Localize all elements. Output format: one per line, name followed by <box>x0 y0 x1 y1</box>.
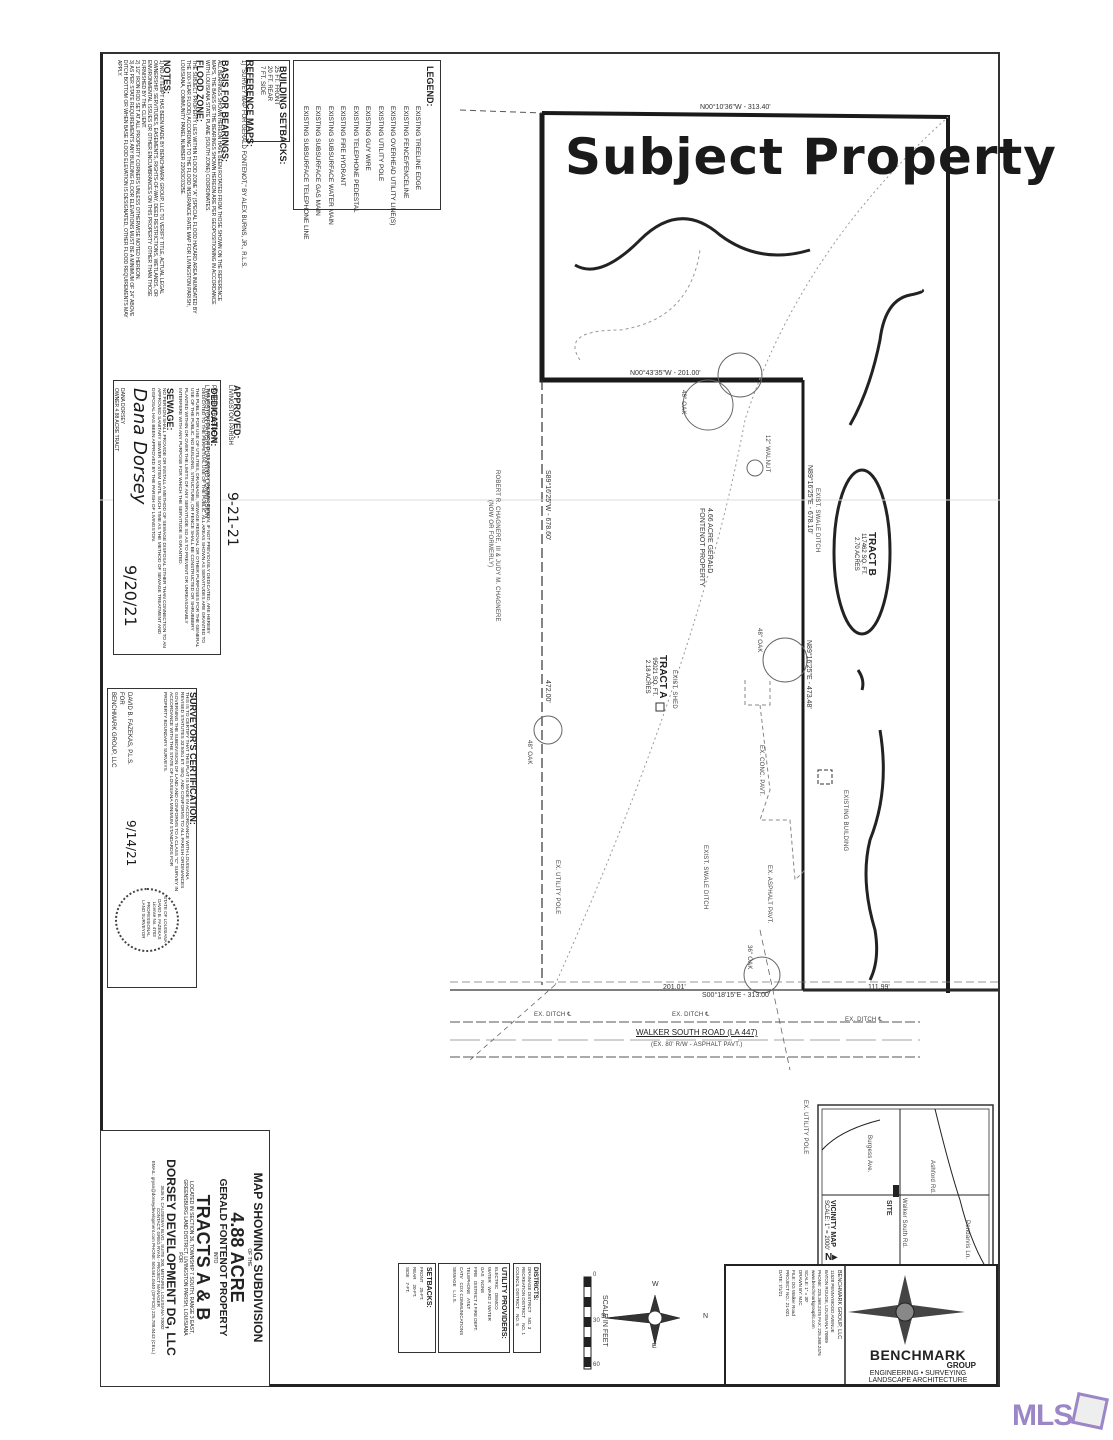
legend-title: LEGEND: <box>424 66 437 240</box>
surveyor-name: DAVID B. FAZEKAS, P.L.S. <box>125 692 133 768</box>
district-name: DRAINAGE DISTRICT <box>527 1267 532 1313</box>
surveyor-title: SURVEYOR'S CERTIFICATION: <box>189 692 195 892</box>
setback-side: SIDE <box>405 1267 410 1278</box>
seal-line: LAND SURVEYOR <box>141 896 147 943</box>
legend-item: EXISTING FIRE HYDRANT <box>336 66 349 240</box>
north-line-bearing: N00°10'36"W - 313.40' <box>700 104 771 111</box>
setbacks-row: SIDE 7-FT. <box>404 1267 411 1308</box>
title-heading: MAP SHOWING SUBDIVISION <box>251 1150 264 1365</box>
utility-row: TELEPHONE AT&T <box>465 1267 472 1339</box>
sewage-title: SEWAGE: <box>166 388 172 650</box>
company-phone: PHONE: 225.368.2475 FAX: 225.368.2476 <box>816 1270 823 1356</box>
scale-tick-60: 60 <box>593 1362 600 1368</box>
vicinity-road-label: Pendarvis Ln. <box>964 1220 970 1259</box>
company-file: FILE: DG Walker Road <box>790 1270 797 1356</box>
ditch-3-label: EX. DITCH ℄ <box>845 1016 882 1023</box>
owner-info: DANA DORSEY OWNER 4.88 ACRE TRACT <box>113 388 125 451</box>
note-line: 1) NO ATTEMPT HAS BEEN MADE BY BENCHMARK… <box>140 60 164 320</box>
setback-value: 20-FT. <box>412 1285 417 1298</box>
setbacks-table-title: SETBACKS: <box>425 1267 432 1308</box>
title-acreage: 4.88 ACRE <box>227 1150 246 1365</box>
tract-b-area: 117462 SQ. FT. <box>859 532 866 576</box>
districts-title: DISTRICTS: <box>532 1267 538 1335</box>
basis-bearings: BASIS FOR BEARINGS: ALL BEARINGS SHOWN H… <box>204 60 228 315</box>
districts-table: DISTRICTS: DRAINAGE DISTRICT NO. 3 RECRE… <box>514 1267 538 1335</box>
flood-zone: FLOOD ZONE: THE SUBJECT PROPERTY LIES WI… <box>179 60 203 315</box>
legend-item: EXISTING SUBSURFACE WATER MAIN <box>324 66 337 240</box>
vicinity-site-label: SITE <box>885 1200 892 1216</box>
utility-provider: AT&T <box>466 1298 471 1309</box>
adjacent-owner-line-1: ROBERT R. CHAGNERE, III & JUDY M. CHAGNE… <box>493 470 500 622</box>
legend-item: EXISTING SUBSURFACE GAS MAIN <box>311 66 324 240</box>
legend: LEGEND: EXISTING TREELINE EDGE EXISTING … <box>299 66 437 240</box>
title-property: GERALD FONTENOT PROPERTY <box>217 1150 228 1365</box>
vicinity-map-title: VICINITY MAP SCALE: 1" = 2000' <box>822 1200 836 1250</box>
conc-pavt-label: EX. CONC. PAVT. <box>758 745 764 796</box>
logo-tagline-1: ENGINEERING • SURVEYING <box>848 1370 988 1377</box>
utility-row: ELECTRIC DEMCO <box>493 1267 500 1339</box>
notes: NOTES: 1) NO ATTEMPT HAS BEEN MADE BY BE… <box>116 60 170 320</box>
notes-title: NOTES: <box>164 60 170 320</box>
legend-item: EXISTING SUBSURFACE TELEPHONE LINE <box>299 66 312 240</box>
reference-maps-text: 1) "SURVEY MAP FOR GERALD FONTENOT," BY … <box>239 60 246 268</box>
utility-provider: WARD 2 WATER <box>487 1287 492 1321</box>
seal-line: DAVID B. FAZEKAS <box>157 896 163 943</box>
owner-name: DANA DORSEY <box>119 388 125 451</box>
benchmark-logo: BENCHMARK GROUP ENGINEERING • SURVEYING … <box>848 1348 988 1384</box>
oak-1-label: 48" OAK <box>680 390 686 415</box>
utility-row: CATV COX COMMUNICATIONS <box>458 1267 465 1339</box>
title-block: MAP SHOWING SUBDIVISION OF THE 4.88 ACRE… <box>150 1150 264 1365</box>
company-project: PROJECT NO.: 21-021 <box>784 1270 791 1356</box>
oak-4-label: 36" OAK <box>746 945 752 970</box>
building-setbacks: BUILDING SETBACKS: 25 FT. FRONT 20 FT. R… <box>258 66 286 165</box>
company-address: 11528 PENNYWOOD AVENUE <box>829 1270 836 1356</box>
title-tracts: TRACTS A & B <box>193 1150 212 1365</box>
logo-group: GROUP <box>848 1362 988 1370</box>
districts-row: COUNCIL DISTRICT NO. 5 <box>514 1267 520 1335</box>
vicinity-road-label: Walker South Rd. <box>901 1198 907 1248</box>
dedication-text: THE SERVITUDES AND RIGHTS-OF-WAY SHOWN H… <box>177 388 211 650</box>
tract-a-area: 95021 SQ. FT. <box>650 655 657 699</box>
tract-a-name: TRACT A <box>657 655 668 699</box>
utility-type: CATV <box>459 1267 464 1279</box>
compass-s: S <box>601 1313 606 1320</box>
south-line-bearing: S00°18'15"E - 313.00' <box>702 992 770 999</box>
north-arrow-icon: N▸ <box>825 1252 837 1263</box>
company-city: BATON ROUGE, LOUISIANA 70809 <box>823 1270 830 1356</box>
note-line: 3) AS PER STATE REQUIREMENTS ANY BUILDIN… <box>116 60 134 320</box>
swale-ditch-2-label: EXIST. SWALE DITCH <box>702 845 708 909</box>
utility-type: GAS <box>480 1267 485 1277</box>
logo-name: BENCHMARK <box>848 1348 988 1362</box>
owner-signature: Dana Dorsey <box>129 388 150 504</box>
note-line: 2) 1/2" IRON ROD SET AT ALL PROPERTY COR… <box>134 60 140 320</box>
utility-row: SEWAGE L.U.S. <box>451 1267 458 1339</box>
tract-b-acres: 2.70 ACRES <box>853 532 860 576</box>
vicinity-title: VICINITY MAP <box>829 1200 836 1250</box>
building-setbacks-title: BUILDING SETBACKS: <box>279 66 286 165</box>
legend-item: EXISTING FENCE/FENCELINE <box>399 66 412 240</box>
utility-row: FIRE DISTRICT 4 FIRE DEPT. <box>472 1267 479 1339</box>
existing-building-label: EXISTING BUILDING <box>842 790 848 851</box>
walnut-label: 12" WALNUT <box>764 435 770 473</box>
existing-shed-label: EXIST. SHED <box>671 670 677 709</box>
tract-b-name: TRACT B <box>866 532 877 576</box>
utility-providers-title: UTILITY PROVIDERS: <box>500 1267 507 1339</box>
utility-provider: NONE <box>480 1280 485 1293</box>
reference-maps: REFERENCE MAPS: 1) "SURVEY MAP FOR GERAL… <box>239 60 253 268</box>
flood-zone-text: THE SUBJECT PROPERTY LIES WITHIN FLOOD Z… <box>179 60 197 315</box>
tract-b-label: TRACT B 117462 SQ. FT. 2.70 ACRES <box>853 532 877 576</box>
utility-provider: COX COMMUNICATIONS <box>459 1282 464 1335</box>
vicinity-road-label: Ashford Rd. <box>929 1160 935 1194</box>
setback-side: REAR <box>412 1267 417 1280</box>
adjacent-owner-label: ROBERT R. CHAGNERE, III & JUDY M. CHAGNE… <box>486 470 500 622</box>
owner-date: 9/20/21 <box>121 565 140 627</box>
south-segment-a: 201.01' <box>663 984 686 991</box>
company-name: BENCHMARK GROUP, LLC <box>836 1270 843 1356</box>
parent-tract-line-1: 4.66 ACRE GERALD <box>705 508 713 587</box>
districts-row: DRAINAGE DISTRICT NO. 3 <box>526 1267 532 1335</box>
surveyor-for: FOR <box>117 692 125 768</box>
scale-label: SCALE IN FEET <box>601 1295 608 1347</box>
setback-value: 7-FT. <box>405 1283 410 1293</box>
company-drawn-by: DRAWN BY: MJC <box>797 1270 804 1356</box>
surveyor-signer: DAVID B. FAZEKAS, P.L.S. FOR BENCHMARK G… <box>109 692 133 768</box>
district-value: NO. 1 <box>521 1323 526 1335</box>
scale-tick-0: 0 <box>593 1272 597 1278</box>
utility-providers-table: UTILITY PROVIDERS: ELECTRIC DEMCO WATER … <box>451 1267 507 1339</box>
setback-side: FRONT <box>419 1267 424 1283</box>
seal-text: STATE OF LOUISIANA DAVID B. FAZEKAS Lice… <box>141 896 169 943</box>
parent-tract-line-2: FONTENOT PROPERTY <box>696 508 704 587</box>
basis-bearings-title: BASIS FOR BEARINGS: <box>222 60 228 315</box>
parent-tract-label: 4.66 ACRE GERALD FONTENOT PROPERTY <box>696 508 713 587</box>
setbacks-table: SETBACKS: FRONT 25-FT. REAR 20-FT. SIDE … <box>404 1267 432 1308</box>
seal-line: PROFESSIONAL <box>146 896 152 943</box>
dedication: DEDICATION: THE SERVITUDES AND RIGHTS-OF… <box>177 388 216 650</box>
setbacks-row: FRONT 25-FT. <box>418 1267 425 1308</box>
surveyor-date: 9/14/21 <box>124 820 138 866</box>
scale-tick-30: 30 <box>593 1318 600 1324</box>
basis-bearings-text: ALL BEARINGS SHOWN HEREON HAVE BEEN ROTA… <box>204 60 222 315</box>
owner-title: OWNER 4.88 ACRE TRACT <box>113 388 119 451</box>
subject-property-handwritten-title: Subject Property <box>565 128 1057 186</box>
sewage-text: NO PERSON SHALL PROVIDE OR INSTALL A MET… <box>150 388 167 650</box>
company-info: BENCHMARK GROUP, LLC 11528 PENNYWOOD AVE… <box>777 1270 842 1356</box>
vicinity-scale: SCALE: 1" = 2000' <box>822 1200 829 1250</box>
approval-date: 9-21-21 <box>224 492 240 547</box>
compass-w: W <box>652 1281 659 1288</box>
legend-item: EXISTING UTILITY POLE <box>374 66 387 240</box>
ditch-1-label: EX. DITCH ℄ <box>534 1011 571 1018</box>
compass-n: N <box>703 1313 708 1320</box>
utility-row: GAS NONE <box>479 1267 486 1339</box>
west-segment-distance: 472.00' <box>544 680 551 703</box>
south-segment-b: 111.99' <box>868 984 890 991</box>
east-line-bearing: N89°16'25"E - 678.10' <box>806 465 813 534</box>
oak-3-label: 48" OAK <box>526 740 532 765</box>
asphalt-pavt-label: EX. ASPHALT PAVT. <box>766 865 772 924</box>
utility-type: WATER <box>487 1267 492 1283</box>
title-location: LOCATED IN SECTION 36, TOWNSHIP 7 SOUTH,… <box>187 1150 192 1365</box>
vicinity-road-label: Burgess Ave. <box>866 1135 872 1173</box>
setback-line: 20 FT. REAR <box>265 66 272 165</box>
utility-pole-2-label: EX. UTILITY POLE <box>802 1100 808 1154</box>
mls-watermark: MLS <box>1012 1395 1106 1433</box>
district-name: RECREATION DISTRICT <box>521 1267 526 1318</box>
sewage: SEWAGE: NO PERSON SHALL PROVIDE OR INSTA… <box>150 388 172 650</box>
surveyor-certification: SURVEYOR'S CERTIFICATION: THIS IS TO CER… <box>161 692 195 892</box>
setback-line: 7 FT. SIDE <box>258 66 265 165</box>
logo-tagline-2: LANDSCAPE ARCHITECTURE <box>848 1377 988 1384</box>
swale-ditch-1-label: EXIST. SWALE DITCH <box>814 488 820 552</box>
compass-e: E <box>652 1343 657 1350</box>
ditch-2-label: EX. DITCH ℄ <box>672 1011 709 1018</box>
tract-a-acres: 2.18 ACRES <box>644 655 651 699</box>
utility-type: TELEPHONE <box>466 1267 471 1294</box>
title-email-phone: EMAIL: gryan@dorseydevelopment.com PHONE… <box>150 1150 155 1365</box>
west-line-bearing: S89°16'25"W - 678.60' <box>544 470 551 540</box>
seal-line: License No. 4703 <box>152 896 158 943</box>
surveyor-company: BENCHMARK GROUP, LLC <box>109 692 117 768</box>
legend-item: EXISTING OVERHEAD UTILITY LINE(S) <box>386 66 399 240</box>
setbacks-row: REAR 20-FT. <box>411 1267 418 1308</box>
road-name: WALKER SOUTH ROAD (LA 447) <box>636 1028 758 1037</box>
district-value: NO. 3 <box>527 1318 532 1330</box>
tract-a-east-bearing: N89°16'25"E - 473.48' <box>805 640 812 709</box>
legend-item: EXISTING TREELINE EDGE <box>411 66 424 240</box>
dedication-title: DEDICATION: <box>210 388 216 650</box>
tract-a-label: TRACT A 95021 SQ. FT. 2.18 ACRES <box>644 655 668 699</box>
utility-type: SEWAGE <box>452 1267 457 1287</box>
district-value: NO. 5 <box>515 1314 520 1326</box>
utility-provider: L.U.S. <box>452 1290 457 1303</box>
utility-type: FIRE <box>473 1267 478 1277</box>
mls-box-icon <box>1071 1392 1109 1430</box>
legend-item: EXISTING GUY WIRE <box>361 66 374 240</box>
utility-pole-1-label: EX. UTILITY POLE <box>554 860 560 914</box>
mls-text: MLS <box>1012 1399 1072 1432</box>
seal-line: STATE OF LOUISIANA <box>163 896 169 943</box>
flood-zone-title: FLOOD ZONE: <box>197 60 203 315</box>
surveyor-text: THIS IS TO CERTIFY THAT THIS PLAT IS MAD… <box>161 692 189 892</box>
utility-row: WATER WARD 2 WATER <box>486 1267 493 1339</box>
districts-row: RECREATION DISTRICT NO. 1 <box>520 1267 526 1335</box>
utility-provider: DISTRICT 4 FIRE DEPT. <box>473 1281 478 1331</box>
utility-provider: DEMCO <box>494 1293 499 1310</box>
reference-maps-title: REFERENCE MAPS: <box>246 60 253 268</box>
tract-a-north-bearing: N00°43'35"W - 201.00' <box>630 370 701 377</box>
adjacent-owner-line-2: (NOW OR FORMERLY) <box>486 470 493 622</box>
setback-value: 25-FT. <box>419 1288 424 1301</box>
utility-type: ELECTRIC <box>494 1267 499 1289</box>
district-name: COUNCIL DISTRICT <box>515 1267 520 1309</box>
road-detail: (EX. 80' R/W - ASPHALT PAVT.) <box>651 1042 743 1048</box>
legend-item: EXISTING TELEPHONE PEDESTAL <box>349 66 362 240</box>
oak-2-label: 48" OAK <box>756 628 762 653</box>
title-client: DORSEY DEVELOPMENT DG, LLC <box>164 1150 177 1365</box>
